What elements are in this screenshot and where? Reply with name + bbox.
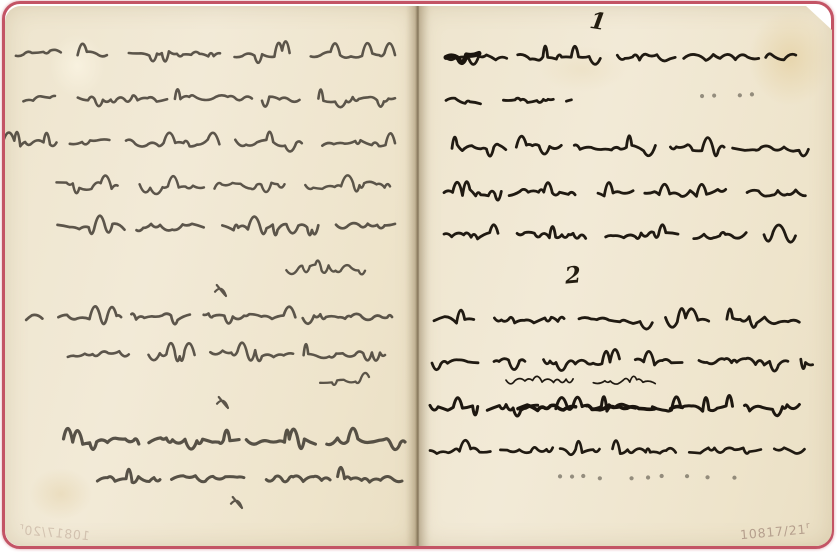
handwriting-line: [444, 216, 786, 250]
handwriting-line: [446, 82, 568, 116]
interlinear-insertion: [506, 372, 646, 387]
section-divider-mark: [229, 496, 244, 510]
page-number: 1: [588, 9, 607, 34]
offset-handwriting-line: [55, 206, 395, 242]
folio-mark-left: 10817/20r: [18, 522, 90, 543]
ink-dots: [700, 90, 766, 98]
paper-stain: [29, 468, 93, 520]
folio-mark-right: 10817/21r: [739, 521, 811, 542]
offset-handwriting-line: [53, 418, 405, 458]
offset-handwriting-word: [323, 368, 369, 388]
ink-blot: [446, 39, 494, 69]
offset-handwriting-line: [55, 334, 385, 368]
offset-handwriting-line: [19, 32, 395, 70]
handwriting-line: [430, 430, 800, 466]
notebook-scan: 10817/20r 1 2 10817/21r: [0, 0, 837, 552]
section-number: 2: [564, 263, 582, 287]
offset-handwriting-word: [291, 254, 365, 278]
handwriting-line: [434, 298, 804, 336]
ink-dots: [558, 472, 748, 480]
right-page: 1 2 10817/21r: [418, 6, 832, 546]
handwriting-line: [452, 126, 802, 164]
offset-handwriting-line: [60, 166, 390, 200]
handwriting-line: [444, 172, 800, 208]
offset-handwriting-line: [97, 458, 402, 494]
section-divider-mark: [215, 396, 230, 410]
strikethrough-stroke: [518, 402, 674, 411]
handwriting-line: [446, 36, 788, 73]
left-page: 10817/20r: [5, 6, 418, 546]
offset-handwriting-line: [27, 296, 392, 332]
offset-handwriting-line: [17, 78, 395, 114]
offset-handwriting-line: [13, 122, 395, 158]
